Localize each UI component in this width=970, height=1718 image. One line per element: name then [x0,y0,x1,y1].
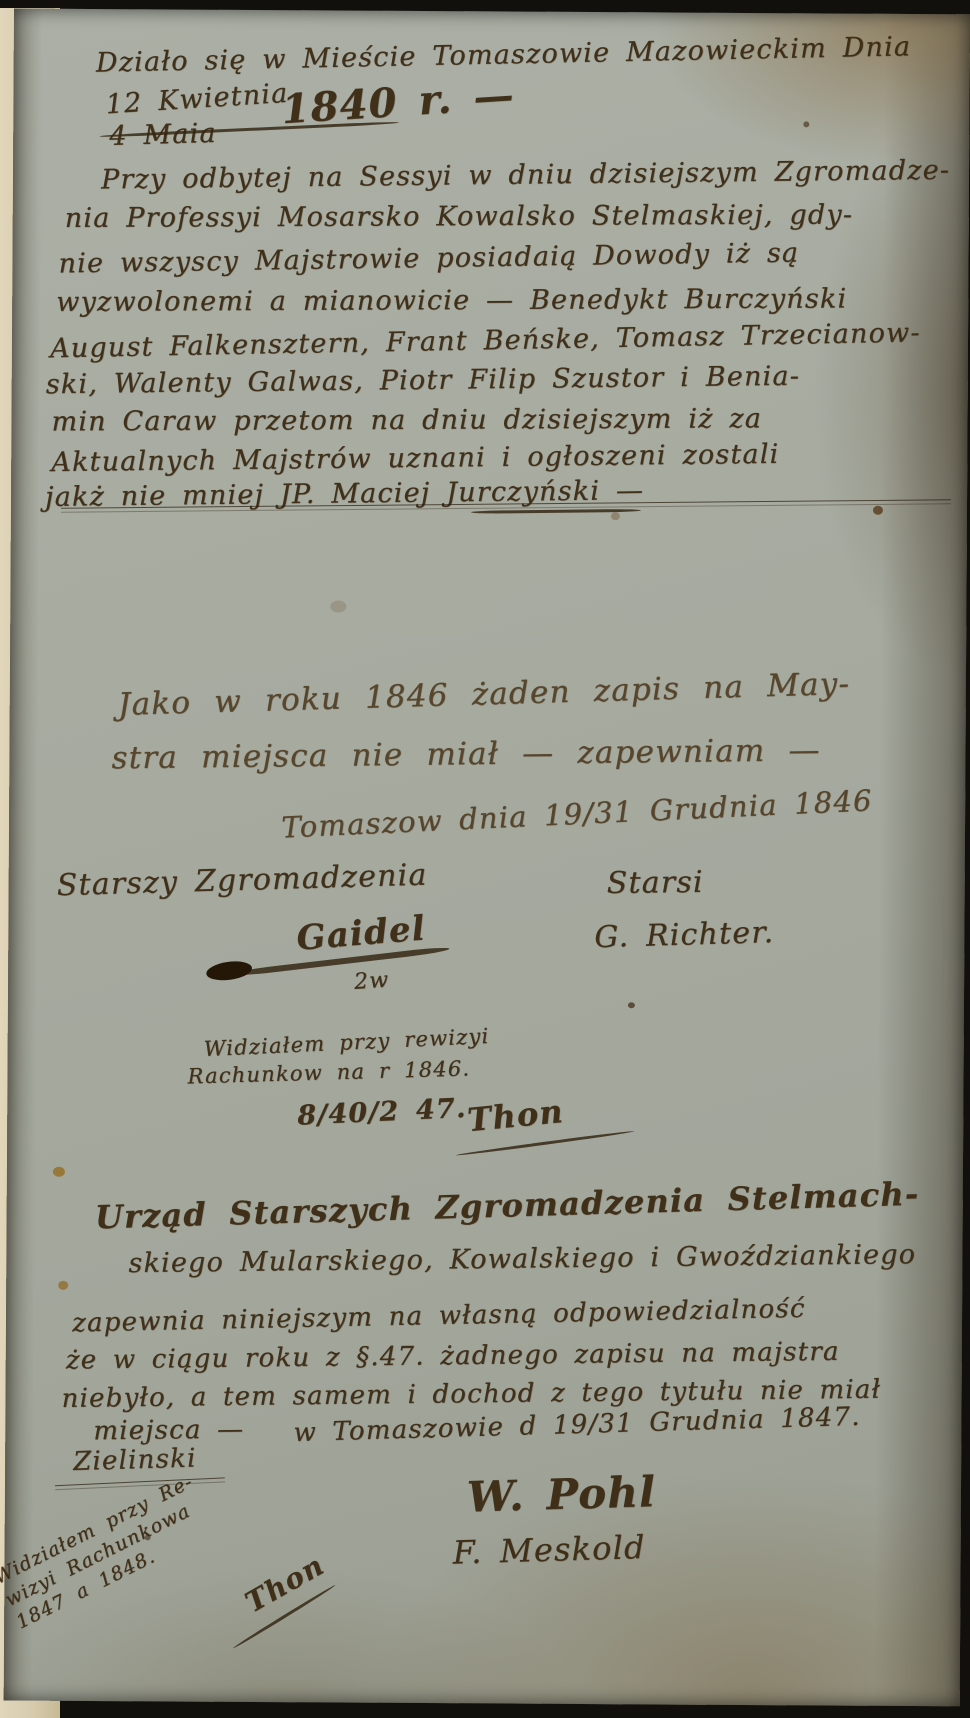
stain-spot [803,121,809,127]
manuscript-year: 1840 r. — [280,75,515,130]
manuscript-line: Przy odbytej na Sessyi w dniu dzisiejszy… [101,157,950,194]
manuscript-page: Działo się w Mieście Tomaszowie Mazowiec… [4,9,970,1707]
manuscript-line: nie wszyscy Majstrowie posiadaią Dowody … [58,240,799,278]
zielinski-underline [55,1477,225,1490]
stain-spot [330,600,346,612]
signature-auditor-2: Thon [241,1551,329,1617]
ink-blob [205,959,253,983]
manuscript-line: August Falkensztern, Frant Beńske, Tomas… [50,319,921,362]
stain-spot [628,1002,635,1008]
manuscript-line: Jako w roku 1846 żaden zapis na May- [118,669,851,721]
stain-spot [873,506,883,515]
signature-gaidel: Gaidel [295,911,427,955]
signature-meskold: F. Meskold [452,1531,646,1569]
signature-auditor: Thon [466,1095,565,1136]
revision-line: Widziałem przy rewizyi [203,1026,489,1060]
manuscript-dateline: Tomaszow dnia 19/31 Grudnia 1846 [281,786,873,842]
stain-spot [58,1281,68,1290]
signature-paraph: 2w [353,970,390,994]
manuscript-line: Urząd Starszych Zgromadzenia Stelmach- [94,1178,919,1234]
signature-pohl: W. Pohl [466,1471,656,1518]
revision-line: Rachunkow na r 1846. [187,1058,470,1087]
manuscript-scan: Działo się w Mieście Tomaszowie Mazowiec… [0,0,970,1718]
stain-spot [611,512,620,520]
manuscript-line: miejsca — [93,1417,244,1445]
manuscript-line: Aktualnych Majstrów uznani i ogłoszeni z… [51,441,779,476]
manuscript-line: że w ciągu roku z §.47. żadnego zapisu n… [66,1339,840,1374]
manuscript-line: min Caraw przetom na dniu dzisiejszym iż… [51,405,762,435]
stain-spot [53,1167,65,1177]
manuscript-line: stra miejsca nie miał — zapewniam — [111,735,820,774]
manuscript-line: zapewnia niniejszym na własną odpowiedzi… [72,1296,806,1337]
signature-richter: G. Richter. [594,918,775,953]
manuscript-date-upper: 12 Kwietnia [105,80,289,119]
role-label-left: Starszy Zgromadzenia [56,861,428,902]
manuscript-line: nia Professyi Mosarsko Kowalsko Stelmask… [65,202,853,232]
role-label-right: Starsi [607,868,704,899]
diagonal-revision-note: Widziałem przy Re- wizyi Rachunkowa 1847… [0,1472,219,1632]
manuscript-line: skiego Mularskiego, Kowalskiego i Gwoźdz… [128,1241,916,1277]
signature-zielinski: Zielinski [73,1445,197,1475]
manuscript-date-lower: 4 Maia [109,120,217,150]
manuscript-line: wyzwolonemi a mianowicie — Benedykt Burc… [56,285,847,315]
revision-formula: 8/40/2 47. [297,1095,467,1130]
manuscript-line: Działo się w Mieście Tomaszowie Mazowiec… [96,33,912,76]
manuscript-line: ski, Walenty Galwas, Piotr Filip Szustor… [46,363,801,399]
